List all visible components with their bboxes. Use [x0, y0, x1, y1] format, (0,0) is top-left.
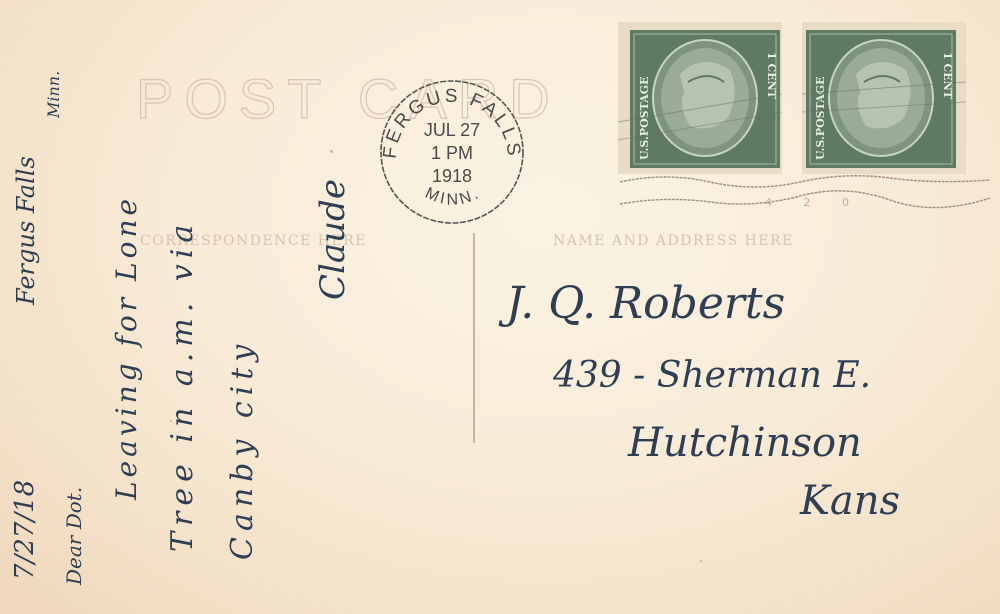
paper-speck	[700, 560, 702, 562]
center-divider-line	[473, 233, 475, 443]
stamp-2-denomination: 1 CENT	[941, 52, 954, 100]
address-city: Hutchinson	[628, 420, 862, 466]
stamp-1-denomination: 1 CENT	[765, 52, 778, 100]
message-signature: Claude	[313, 179, 353, 300]
message-place: Fergus Falls	[12, 156, 40, 305]
message-line-2: Tree in a.m. via	[165, 219, 200, 552]
postmark-date: JUL 27	[424, 120, 480, 140]
postmark-state: MINN.	[422, 185, 483, 209]
stamp-2-country: U.S.POSTAGE	[814, 77, 827, 161]
message-date: 7/27/18	[10, 480, 40, 580]
message-place-state: Minn.	[44, 71, 63, 118]
message-salutation: Dear Dot.	[62, 487, 86, 585]
paper-speck	[170, 420, 172, 422]
postmark-year: 1918	[432, 166, 472, 186]
paper-speck	[330, 150, 333, 153]
machine-cancel-lines	[620, 168, 990, 218]
postcard-back: POST CARD CORRESPONDENCE HERE NAME AND A…	[0, 0, 1000, 614]
address-street: 439 - Sherman E.	[553, 355, 871, 396]
machine-cancel-number: 4 2 0	[765, 196, 863, 209]
stamp-2: U.S.POSTAGE 1 CENT	[802, 22, 966, 174]
stamp-1: U.S.POSTAGE 1 CENT	[618, 22, 782, 174]
postmark-time: 1 PM	[431, 143, 473, 163]
address-name: J. Q. Roberts	[506, 278, 785, 329]
address-state: Kans	[800, 478, 900, 524]
message-line-1: Leaving for Lone	[110, 195, 143, 500]
postmark: FERGUS FALLS MINN. JUL 27 1 PM 1918	[377, 78, 527, 226]
svg-text:MINN.: MINN.	[422, 185, 483, 209]
message-line-3: Canby city	[225, 339, 260, 560]
address-label: NAME AND ADDRESS HERE	[553, 233, 794, 249]
